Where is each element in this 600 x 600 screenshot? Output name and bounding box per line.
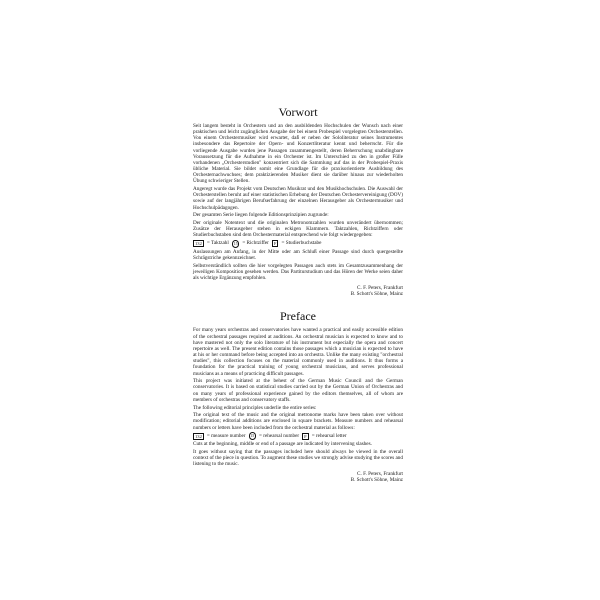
preface-signature: C. F. Peters, Frankfurt B. Schott's Söhn… [193,471,403,483]
measure-number-box: 132 [193,433,204,440]
measure-number-label: = measure number [207,433,246,440]
vorwort-section: Vorwort Seit langem besteht in Orchester… [193,105,403,297]
measure-number-label: = Taktzahl [207,240,229,247]
vorwort-paragraph: Der originale Notentext und die original… [193,220,403,238]
vorwort-paragraph: Seit langem besteht in Orchestern und an… [193,123,403,185]
rehearsal-letter-label: = rehearsal letter [312,433,347,440]
preface-paragraph: It goes without saying that the passages… [193,449,403,467]
vorwort-heading: Vorwort [193,105,403,119]
preface-paragraph: The original text of the music and the o… [193,412,403,430]
document-page: Vorwort Seit langem besteht in Orchester… [193,105,403,483]
vorwort-paragraph: Angeregt wurde das Projekt vom Deutschen… [193,186,403,211]
preface-heading: Preface [193,309,403,323]
rehearsal-number-label: = rehearsal number [259,433,299,440]
preface-paragraph: Cuts at the beginning, middle or end of … [193,441,403,447]
preface-paragraph: For many years orchestras and conservato… [193,327,403,376]
vorwort-signature: C. F. Peters, Frankfurt B. Schott's Söhn… [193,285,403,297]
preface-paragraph: The following editorial principles under… [193,405,403,411]
rehearsal-letter-box: F [272,240,279,247]
signature-line: B. Schott's Söhne, Mainz [193,477,403,483]
measure-number-box: 132 [193,240,204,247]
vorwort-symbol-legend: 132 = Taktzahl 15 = Richtziffer F = Stud… [193,240,403,248]
preface-symbol-legend: 132 = measure number 15 = rehearsal numb… [193,432,403,440]
rehearsal-number-circle: 15 [232,240,240,248]
rehearsal-number-circle: 15 [249,432,257,440]
rehearsal-letter-box: F [302,433,309,440]
vorwort-paragraph: Auslassungen am Anfang, in der Mitte ode… [193,249,403,261]
vorwort-paragraph: Der gesamten Serie liegen folgende Editi… [193,212,403,218]
preface-paragraph: This project was initiated at the behest… [193,378,403,403]
signature-line: B. Schott's Söhne, Mainz [193,291,403,297]
preface-section: Preface For many years orchestras and co… [193,309,403,483]
rehearsal-number-label: = Richtziffer [242,240,269,247]
rehearsal-letter-label: = Studierbuchstabe [281,240,321,247]
vorwort-paragraph: Selbstverständlich sollten die hier vorg… [193,263,403,281]
